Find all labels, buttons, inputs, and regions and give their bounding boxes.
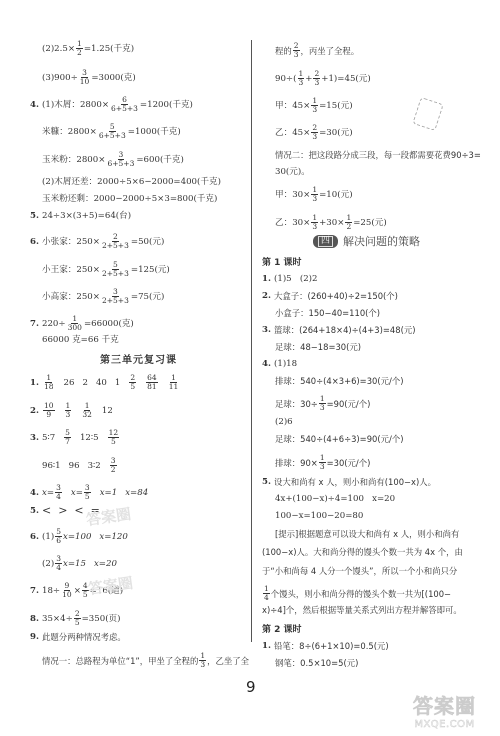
logo-watermark: 答案圈 MXQE.COM (413, 690, 476, 730)
answer-line: 米糠：2800× 56+5+3 =1000(千克) (42, 123, 181, 140)
question-number: 7. (30, 318, 42, 330)
answer-line: (2)木屑还差：2000÷5×6−2000=400(千克) (42, 176, 221, 188)
fraction: 118 (43, 374, 55, 391)
answer-line: 100−x=100−20=80 (275, 510, 363, 522)
fraction: 13 (311, 186, 318, 203)
hint-line: 于“小和尚每 4 人分一个馒头”，所以一个小和尚只分 (262, 565, 457, 577)
fraction: 13 (199, 652, 206, 669)
expr-text: (2)2.5× (42, 43, 75, 55)
answer-line: 程的 23 ，丙坐了全程。 (275, 42, 359, 59)
question-number: 4. (30, 99, 42, 111)
answer-line: 钢笔：0.5×10=5(元) (275, 657, 358, 669)
answer-line: 8. 35×4÷ 25 =350(页) (30, 610, 121, 627)
question-number: 5. (262, 476, 274, 488)
fraction: 910 (61, 582, 73, 599)
fraction: 132 (81, 402, 93, 419)
section-heading: 四 解决问题的策略 (313, 233, 420, 249)
answer-line: 玉米粉还剩：2000−2000÷5×3=800(千克) (42, 193, 217, 205)
answer-line: 情况二：把这段路分成三段，每一段都需要花费90÷3= (275, 149, 481, 161)
answer-line: 5. 设大和尚有 x 人，则小和尚有(100−x)人。 (262, 476, 436, 488)
answer-line: 96∶1 96 3∶2 32 (42, 457, 118, 474)
fraction: 25 (74, 610, 81, 627)
fraction: 13 (319, 454, 326, 471)
answer-line: 6. (1) 56 x=100 x=120 (30, 528, 128, 545)
fraction: 32 (110, 457, 117, 474)
fraction: 111 (168, 374, 180, 391)
fraction: 14 (263, 585, 270, 602)
answer-line: 3. 篮球：(264+18×4)÷(4+3)=48(元) (262, 324, 415, 336)
fraction: 23 (313, 70, 320, 87)
expr-text: =1.25(千克) (84, 43, 134, 55)
fraction: 12 (345, 214, 352, 231)
fraction: 6481 (146, 374, 158, 391)
question-number: 6. (30, 236, 42, 248)
fraction: 57 (64, 429, 71, 446)
answer-line: 甲：45× 13 =15(元) (275, 97, 353, 114)
fraction: 13 (311, 214, 318, 231)
answer-line: 足球：48−18=30(元) (275, 341, 361, 353)
answer-line: 4. (1)18 (262, 358, 297, 370)
question-number: 8. (30, 613, 42, 625)
answer-line: 乙：30× 13 +30× 12 =25(元) (275, 214, 387, 231)
hint-line: (100−x)人。大和尚分得的馒头个数一共为 4x 个，由 (262, 546, 463, 558)
answer-line: 足球：30÷ 13 =90(元/个) (275, 395, 370, 412)
lesson-heading: 第 2 课时 (262, 622, 302, 635)
fraction: 310 (79, 69, 91, 86)
fraction: 25 (129, 374, 136, 391)
question-number: 1. (262, 640, 274, 652)
answer-line: 1. (1)5 (2)2 (262, 273, 317, 285)
stamp-mark (412, 97, 443, 131)
fraction: 109 (43, 402, 55, 419)
fraction: 32+5+3 (101, 288, 130, 305)
answer-line: 2. 109 13 132 12 (30, 402, 113, 419)
answer-line: 排球：90× 13 =30(元/个) (275, 454, 370, 471)
question-number: 4. (262, 358, 274, 370)
answer-line: 4. (1)木屑：2800× 66+5+3 =1200(千克) (30, 96, 193, 113)
answer-line: 5. 24÷3×(3+5)=64(台) (30, 210, 131, 222)
fraction: 1300 (67, 315, 83, 332)
fraction: 23 (311, 124, 318, 141)
answer-line: 4. x= 34 x= 35 x=1 x=84 (30, 484, 148, 501)
fraction: 13 (298, 70, 305, 87)
answer-line: 情况一：总路程为单位“1”，甲坐了全程的 13 ，乙坐了全 (42, 652, 249, 669)
hint-line: x)÷4]个，然后根据等量关系式列出方程并解答即可。 (262, 604, 462, 616)
fraction: 22+5+3 (101, 233, 130, 250)
fraction: 13 (311, 97, 318, 114)
section-badge: 四 (313, 235, 338, 248)
fraction: 34 (55, 484, 62, 501)
fraction: 23 (293, 42, 300, 59)
answer-line: (3)900÷ 310 =3000(克) (42, 69, 136, 86)
question-number: 1. (30, 377, 42, 389)
answer-line: 足球：540÷(4+6÷3)=90(元/个) (275, 433, 403, 445)
answer-line: 排球：540÷(4×3+6)=30(元/个) (275, 375, 403, 387)
answer-line: 90÷( 13 + 23 +1)=45(元) (275, 70, 371, 87)
fraction: 56 (55, 528, 62, 545)
question-number: 9. (30, 631, 42, 643)
fraction: 36+5+3 (106, 151, 135, 168)
answer-line: 玉米粉：2800× 36+5+3 =600(千克) (42, 151, 184, 168)
answer-line: 4x+(100−x)÷4=100 x=20 (275, 493, 395, 505)
hint-line: [提示]根据题意可以设大和尚有 x 人，则小和尚有 (275, 528, 459, 540)
review-title: 第三单元复习课 (100, 351, 177, 366)
answer-line: 小盒子：150−40=110(个) (275, 307, 380, 319)
fraction: 34 (55, 555, 62, 572)
fraction: 66+5+3 (110, 96, 139, 113)
question-number: 3. (30, 432, 42, 444)
fraction: 35 (84, 484, 91, 501)
hint-line: 14 个馒头，则小和尚分得的馒头个数一共为[(100− (262, 585, 451, 602)
question-number: 5. (30, 210, 42, 222)
answer-line: 30(元)。 (275, 166, 310, 178)
answer-line: 小王家：250× 52+5+3 =125(元) (42, 261, 170, 278)
answer-line: (2)2.5× 12 =1.25(千克) (42, 40, 134, 57)
answer-line: 7. 220÷ 1300 =66000(克) (30, 315, 134, 332)
question-number: 1. (262, 273, 274, 285)
lesson-heading: 第 1 课时 (262, 255, 302, 268)
question-number: 7. (30, 585, 42, 597)
answer-line: 66000 克=66 千克 (42, 334, 119, 346)
answer-line: 6. 小张家：250× 22+5+3 =50(元) (30, 233, 164, 250)
answer-line: 9. 此题分两种情况考虑。 (30, 631, 126, 643)
answer-line: (2) 34 x=15 x=20 (42, 555, 117, 572)
section-title: 解决问题的策略 (343, 233, 420, 249)
question-number: 2. (262, 290, 274, 302)
answer-line: 1. 铅笔：8÷(6+1×10)=0.5(元) (262, 640, 389, 652)
fraction: 125 (108, 429, 120, 446)
fraction: 13 (319, 395, 326, 412)
column-divider (251, 40, 252, 642)
question-number: 2. (30, 405, 42, 417)
fraction: 12 (76, 40, 83, 57)
answer-line: 小高家：250× 32+5+3 =75(元) (42, 288, 164, 305)
fraction: 13 (65, 402, 72, 419)
answer-line: 乙：45× 23 =30(元) (275, 124, 353, 141)
page-number: 9 (246, 678, 256, 696)
answer-line: 甲：30× 13 =10(元) (275, 186, 353, 203)
fraction: 52+5+3 (101, 261, 130, 278)
answer-line: 3. 5∶7 57 12∶5 125 (30, 429, 120, 446)
question-number: 3. (262, 324, 274, 336)
fraction: 56+5+3 (98, 123, 127, 140)
answer-line: (2)6 (275, 416, 293, 428)
faint-watermark: 答案圈 (87, 572, 135, 599)
question-number: 4. (30, 487, 42, 499)
question-number: 6. (30, 531, 42, 543)
answer-line: 1. 118 26 2 40 1 25 6481 111 (30, 374, 180, 391)
question-number: 5. (30, 505, 42, 517)
answer-line: 2. 大盒子：(260+40)÷2=150(个) (262, 290, 398, 302)
